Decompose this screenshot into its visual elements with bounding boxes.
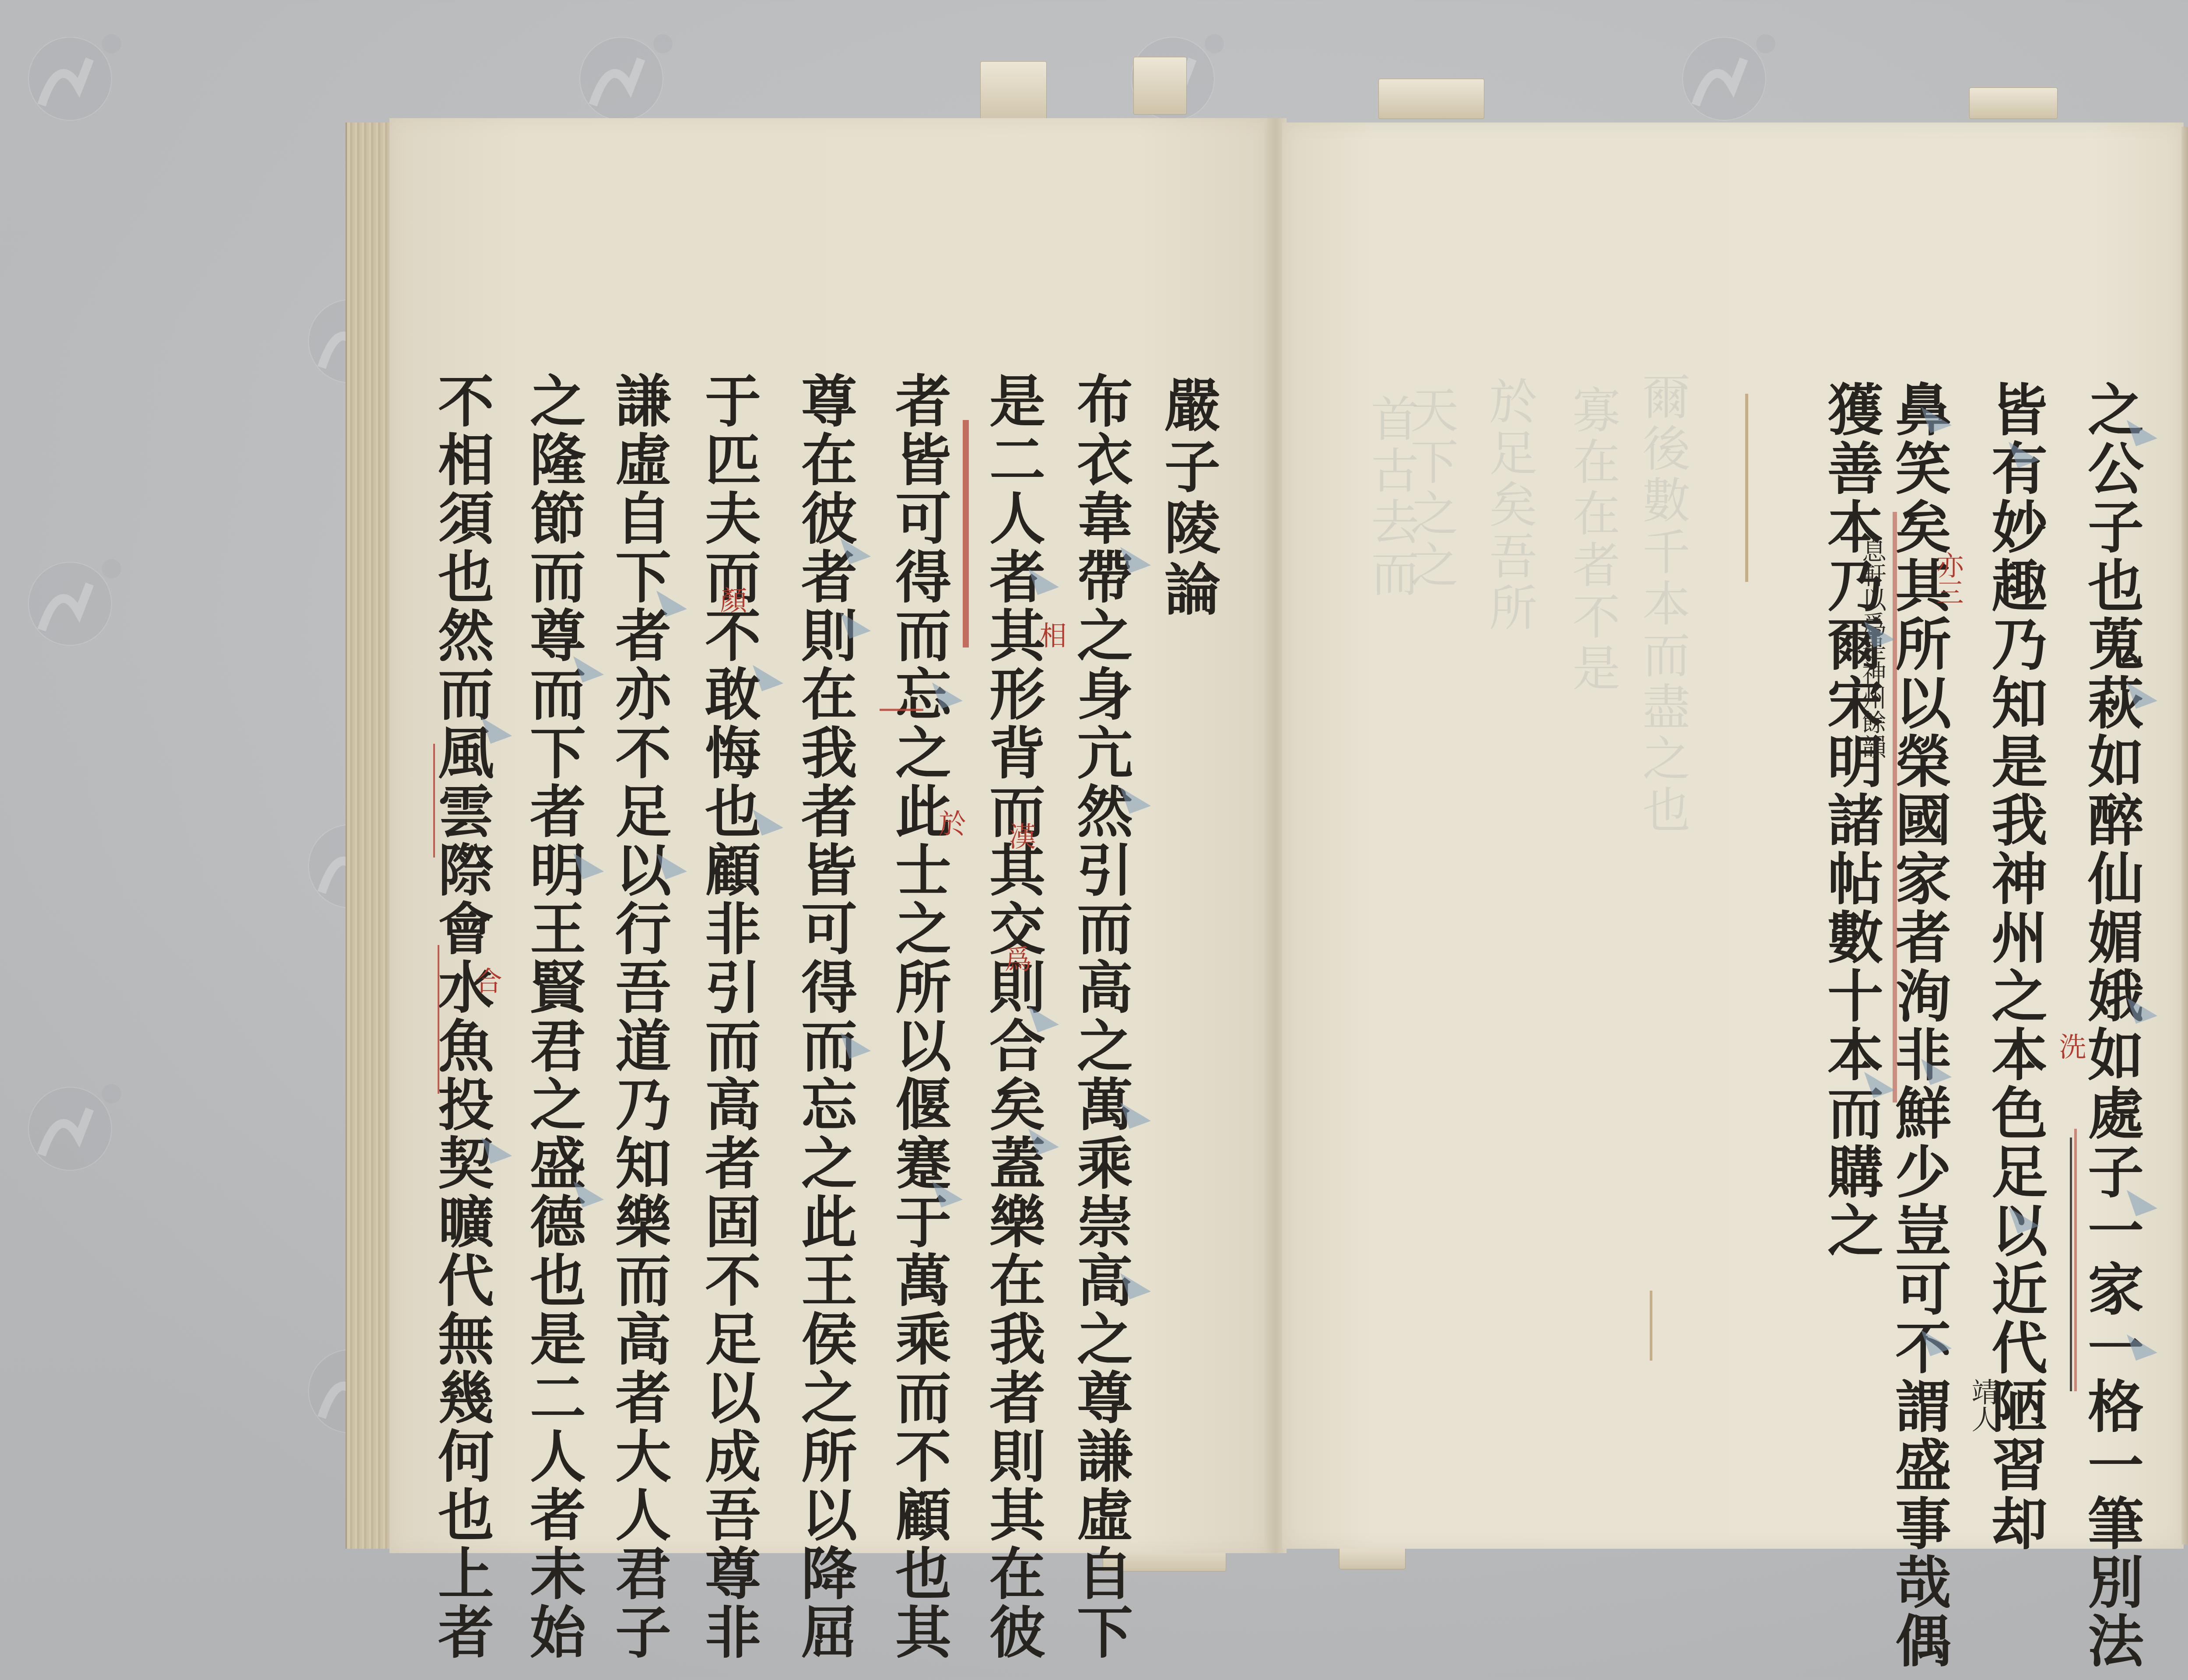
red-underline	[963, 420, 969, 647]
essay-title: 嚴子陵論	[1160, 376, 1216, 621]
right-page-column-2: 皆有妙趣乃知是我神州之本色足以近代陋習却	[1987, 381, 2043, 1553]
red-annotation: 洗	[2057, 1032, 2084, 1060]
right-page-column-1: 之公子也蒐萩如醉仙媚娥如處子一家一格一筆別法	[2083, 381, 2139, 1670]
red-bracket	[438, 945, 439, 1094]
red-annotation: 相	[1037, 621, 1064, 648]
red-annotation: 顏	[718, 586, 745, 613]
red-annotation: 漢	[1006, 822, 1034, 850]
red-annotation: 合	[473, 967, 500, 994]
left-page-column-5: 于匹夫而不敢悔也顧非引而高者固不足以成吾尊非	[700, 372, 756, 1662]
left-page-column-4: 尊在彼者則在我者皆可得而忘之此王侯之所以降屈	[796, 372, 852, 1662]
ghost-text-column: 首古去而	[1357, 394, 1426, 600]
ghost-text-column: 寡在在者不是	[1558, 385, 1627, 695]
red-underline	[2074, 1129, 2077, 1391]
left-page-column-8: 不相須也然而風雲際會水魚投契曠代無幾何也上者	[433, 372, 489, 1662]
left-page-column-3: 者皆可得而忘之此士之所以偃蹇于萬乘而不顧也其	[891, 372, 947, 1662]
interlinear-note: 靖人	[1969, 1378, 1996, 1432]
binding-tab	[1133, 57, 1187, 115]
black-side-rule	[2070, 1137, 2072, 1391]
left-fore-edge	[346, 122, 395, 1549]
paper-stain	[1745, 394, 1748, 582]
left-page-column-1: 布衣韋帶之身亢然引而高之萬乘崇高之尊謙虛自下	[1072, 372, 1128, 1662]
right-page-edge	[2181, 127, 2188, 1544]
red-underline	[1893, 512, 1897, 1102]
red-annotation: 亦三	[1934, 551, 1961, 605]
binding-tab	[980, 61, 1047, 123]
red-bracket	[880, 709, 923, 711]
right-page	[1282, 122, 2184, 1549]
left-page-column-7: 之隆節而尊而下者明王賢君之盛德也是二人者未始	[525, 372, 581, 1662]
ghost-text-column: 爾後數千本而盡之也	[1628, 372, 1697, 836]
red-annotation: 於	[936, 809, 964, 836]
binding-tab	[1378, 79, 1484, 119]
ghost-text-column: 於足矣吾所	[1475, 376, 1544, 634]
red-annotation: 爲	[1002, 945, 1029, 972]
red-bracket	[433, 744, 435, 857]
binding-tab	[1969, 87, 2058, 119]
paper-stain	[1650, 1291, 1652, 1361]
right-page-column-4: 獲善本乃爾宋明諸帖數十本而購之	[1823, 381, 1879, 1260]
left-page-column-6: 謙虛自下者亦不足以行吾道乃知樂而高者大人君子	[610, 372, 666, 1662]
interlinear-note: 息軒以爲是神州餘韻	[1860, 538, 1884, 759]
